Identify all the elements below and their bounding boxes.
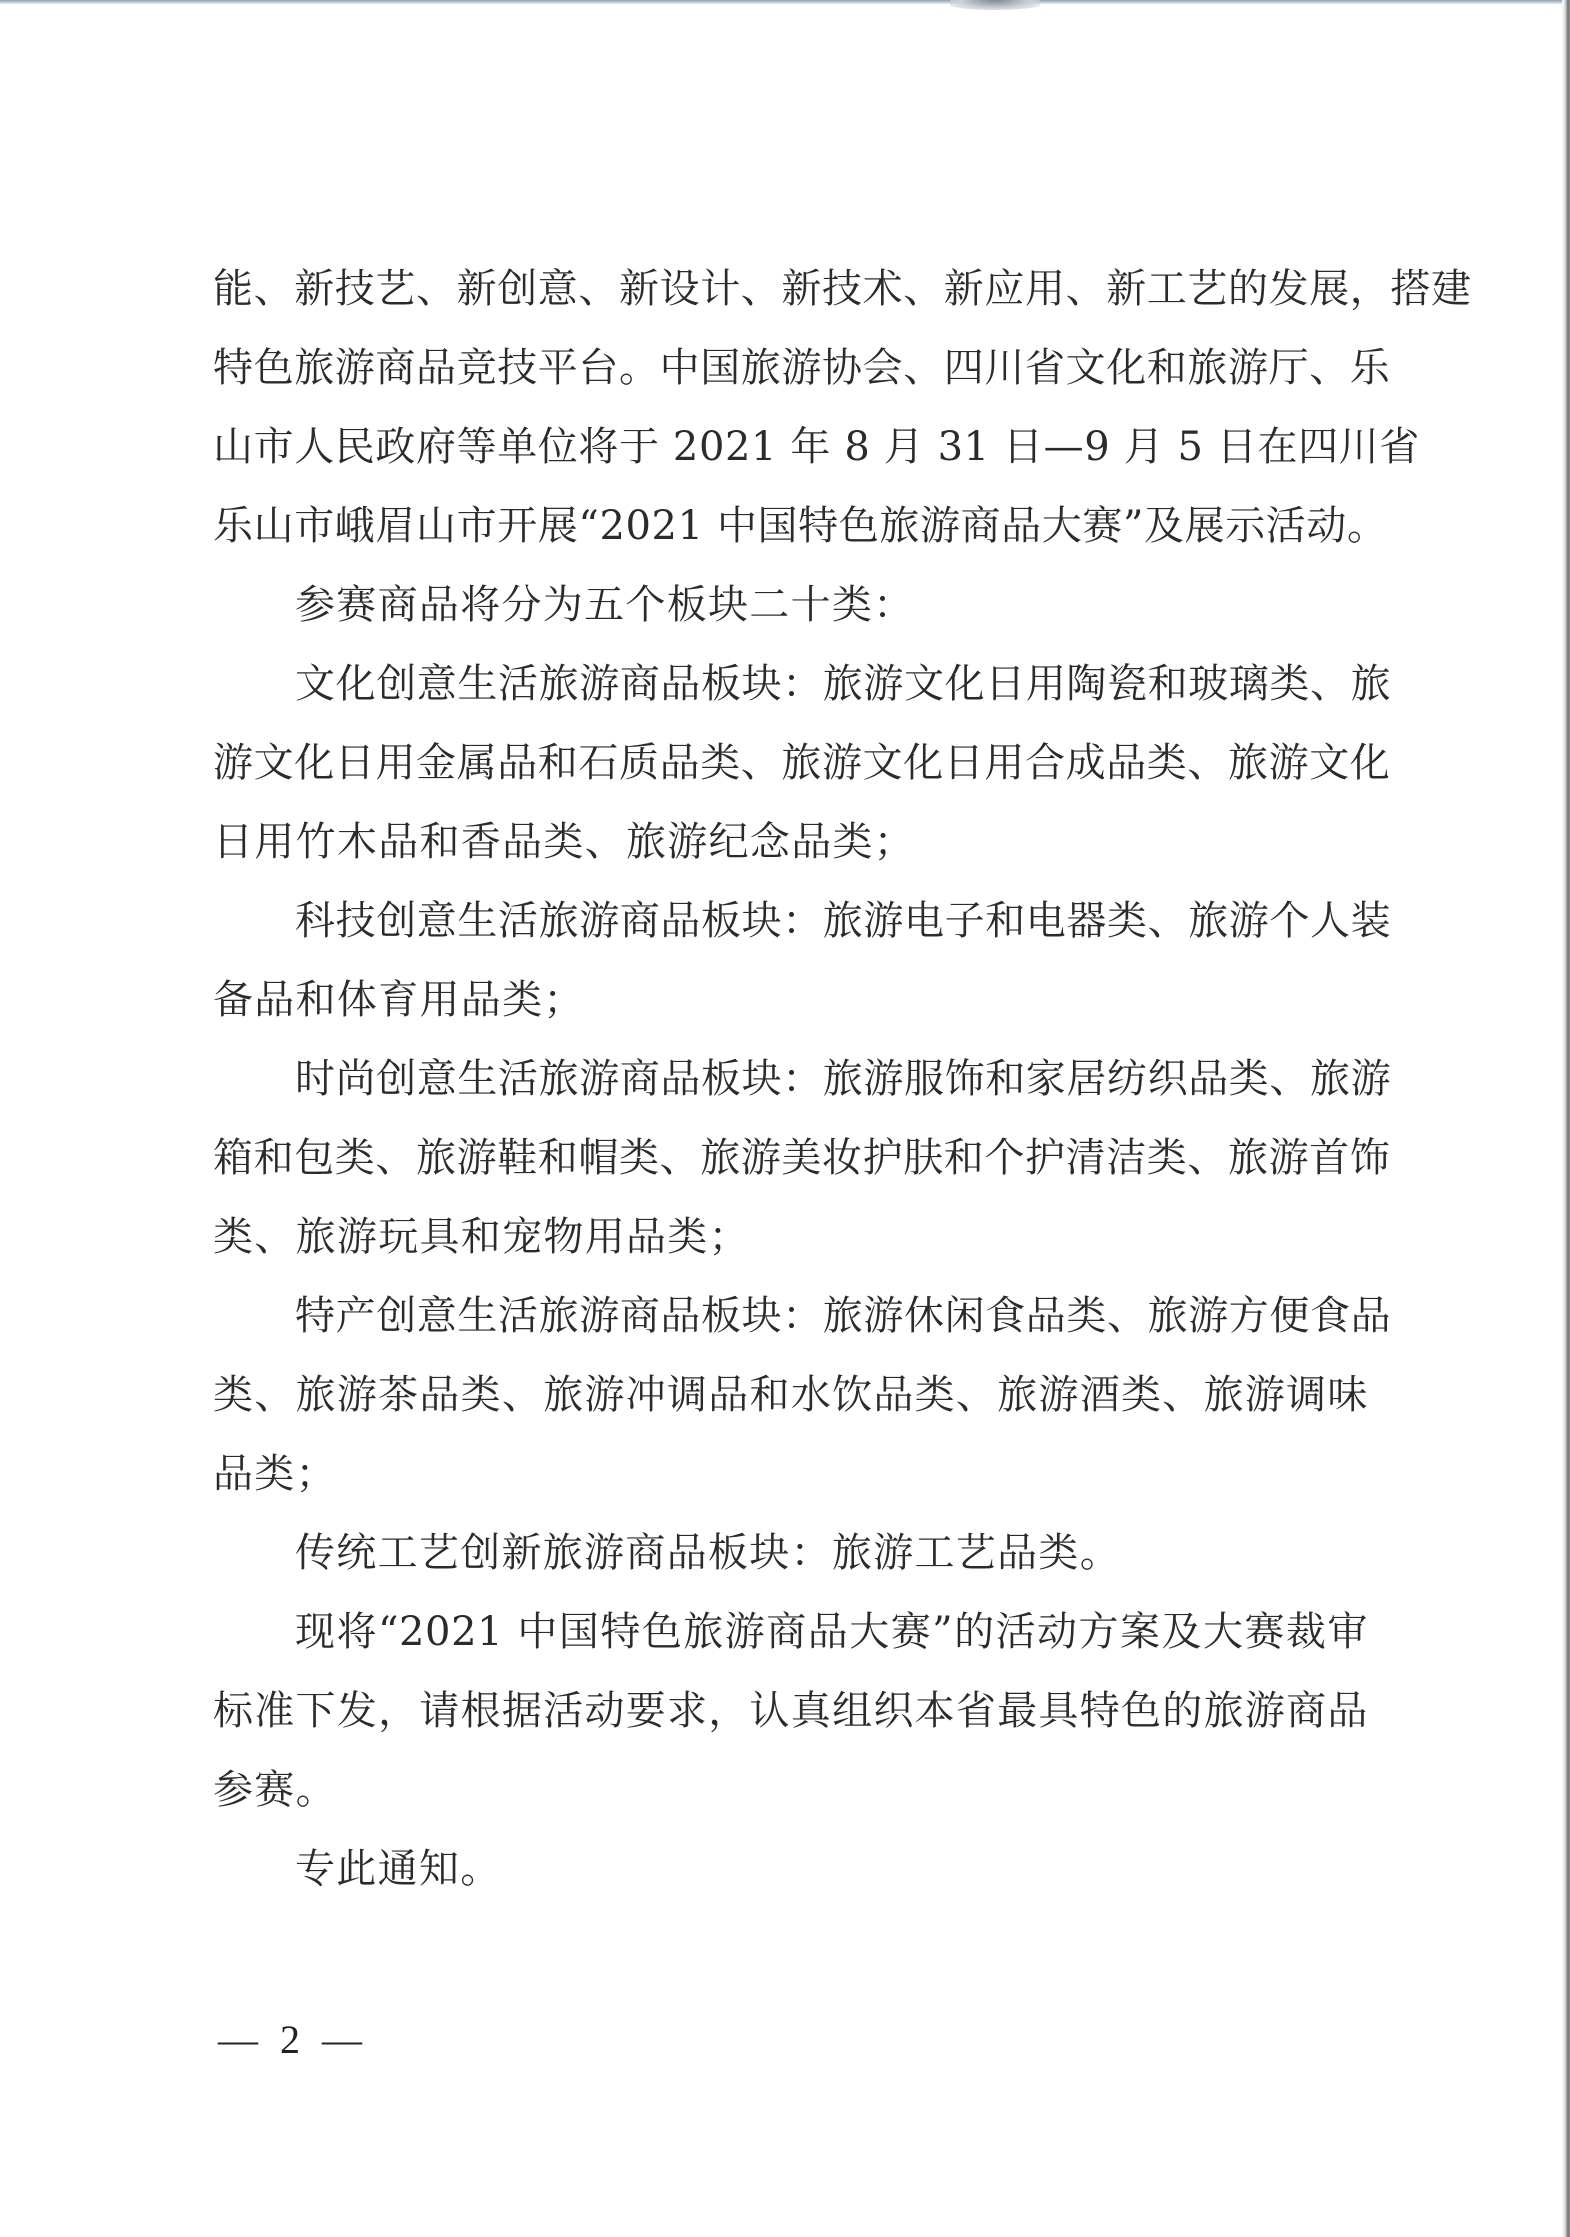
text-line: 参赛商品将分为五个板块二十类： xyxy=(213,566,1368,645)
scan-smudge xyxy=(950,0,1040,10)
text-line: 乐山市峨眉山市开展“2021 中国特色旅游商品大赛”及展示活动。 xyxy=(213,487,1368,566)
text-line: 特色旅游商品竞技平台。中国旅游协会、四川省文化和旅游厅、乐 xyxy=(213,329,1368,408)
text-line: 备品和体育用品类； xyxy=(213,961,1368,1040)
text-line: 文化创意生活旅游商品板块：旅游文化日用陶瓷和玻璃类、旅 xyxy=(213,645,1368,724)
text-line: 科技创意生活旅游商品板块：旅游电子和电器类、旅游个人装 xyxy=(213,882,1368,961)
document-body: 能、新技艺、新创意、新设计、新技术、新应用、新工艺的发展，搭建 特色旅游商品竞技… xyxy=(213,250,1368,1909)
text-line: 特产创意生活旅游商品板块：旅游休闲食品类、旅游方便食品 xyxy=(213,1277,1368,1356)
text-line: 专此通知。 xyxy=(213,1830,1368,1909)
text-line: 箱和包类、旅游鞋和帽类、旅游美妆护肤和个护清洁类、旅游首饰 xyxy=(213,1119,1368,1198)
text-line: 类、旅游玩具和宠物用品类； xyxy=(213,1198,1368,1277)
text-line: 品类； xyxy=(213,1435,1368,1514)
text-line: 能、新技艺、新创意、新设计、新技术、新应用、新工艺的发展，搭建 xyxy=(213,250,1368,329)
text-line: 山市人民政府等单位将于 2021 年 8 月 31 日—9 月 5 日在四川省 xyxy=(213,408,1368,487)
text-line: 类、旅游茶品类、旅游冲调品和水饮品类、旅游酒类、旅游调味 xyxy=(213,1356,1368,1435)
text-line: 标准下发，请根据活动要求，认真组织本省最具特色的旅游商品 xyxy=(213,1672,1368,1751)
scan-top-edge xyxy=(0,0,1570,4)
scan-right-edge xyxy=(1562,0,1570,2237)
text-line: 日用竹木品和香品类、旅游纪念品类； xyxy=(213,803,1368,882)
text-line: 时尚创意生活旅游商品板块：旅游服饰和家居纺织品类、旅游 xyxy=(213,1040,1368,1119)
page-number: — 2 — xyxy=(218,2016,368,2064)
text-line: 游文化日用金属品和石质品类、旅游文化日用合成品类、旅游文化 xyxy=(213,724,1368,803)
text-line: 参赛。 xyxy=(213,1751,1368,1830)
text-line: 现将“2021 中国特色旅游商品大赛”的活动方案及大赛裁审 xyxy=(213,1593,1368,1672)
text-line: 传统工艺创新旅游商品板块：旅游工艺品类。 xyxy=(213,1514,1368,1593)
